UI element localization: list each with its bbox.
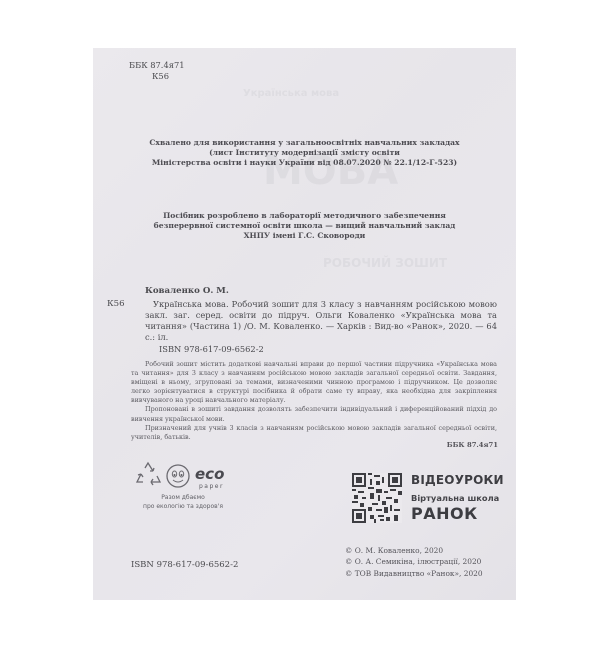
eco-caption: Разом дбаємо про екологію та здоров'я [133, 493, 233, 511]
copyright-block: © О. М. Коваленко, 2020 © О. А. Семикіна… [345, 545, 483, 579]
approval-notice: Схвалено для використання у загальноосві… [93, 138, 516, 168]
recycle-icon: eco paper [133, 460, 233, 492]
copyright-line: © О. А. Семикіна, ілюстрації, 2020 [345, 556, 483, 567]
isbn: ISBN 978-617-09-6562-2 [159, 344, 264, 354]
copyright-line: © ТОВ Видавництво «Ранок», 2020 [345, 568, 483, 579]
author-heading: Коваленко О. М. [145, 286, 229, 296]
k-code: К56 [129, 71, 185, 82]
svg-text:eco: eco [195, 465, 224, 483]
svg-text:paper: paper [199, 483, 224, 490]
bbk-classification: ББК 87.4я71 К56 [129, 60, 185, 81]
bibliographic-entry: Українська мова. Робочий зошит для 3 кла… [145, 299, 497, 343]
bleedthrough-text: Українська мова [243, 88, 339, 99]
annotation: Робочий зошит містить додаткові навчальн… [131, 360, 497, 442]
catalog-code: К56 [107, 299, 125, 309]
laboratory-notice: Посібник розроблено в лабораторії методи… [93, 211, 516, 241]
qr-code[interactable] [352, 473, 402, 523]
eco-paper-logo: eco paper [133, 460, 233, 520]
isbn-bottom: ISBN 978-617-09-6562-2 [131, 560, 238, 570]
annotation-paragraph: Призначений для учнів 3 класів з навчанн… [131, 424, 497, 442]
video-lessons-title: ВІДЕОУРОКИ [411, 473, 504, 487]
book-imprint-page: Українська мова МОВА РОБОЧИЙ ЗОШИТ ББК 8… [93, 48, 516, 600]
bleedthrough-subtitle: РОБОЧИЙ ЗОШИТ [323, 256, 447, 270]
copyright-line: © О. М. Коваленко, 2020 [345, 545, 483, 556]
annotation-paragraph: Робочий зошит містить додаткові навчальн… [131, 360, 497, 405]
smiley-icon [167, 465, 189, 487]
annotation-paragraph: Пропоновані в зошиті завдання дозволять … [131, 405, 497, 423]
bbk-code-bottom: ББК 87.4я71 [447, 441, 498, 449]
ranok-brand-logo: РАНОК [411, 504, 478, 523]
virtual-school-label: Віртуальна школа [411, 493, 499, 503]
